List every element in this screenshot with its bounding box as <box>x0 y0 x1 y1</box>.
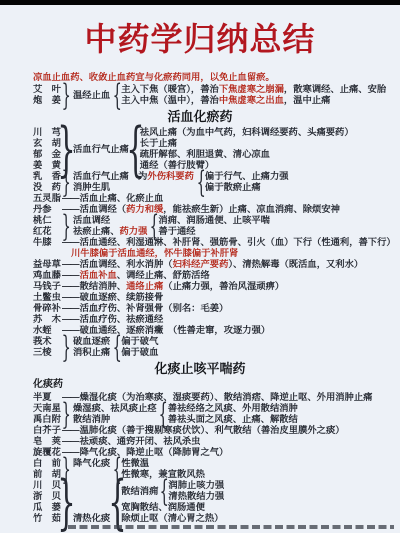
close-brace-glyph: } <box>61 211 70 241</box>
subgroup-label: 散结消痈 <box>121 480 158 502</box>
herb-name: 皂 荚 <box>33 436 62 447</box>
group-details-column: 祛风止痛（为血中气药，妇科调经要药、头痛要药）长于止痛疏肝解郁、利胆退黄、清心凉… <box>140 127 354 171</box>
group-detail-line: 偏于散瘀止痛 <box>205 182 289 193</box>
group-detail-line: 性微温 <box>121 458 205 469</box>
herb-row: 马钱子——散结消肿、通络止痛（止痛力强，善治风湿顽痹） <box>33 281 395 292</box>
open-brace-glyph: { <box>113 332 122 362</box>
function-label-line: 活血调经 <box>73 215 147 226</box>
group-detail-line: 偏于行气、止痛力强 <box>205 171 289 182</box>
open-brace: { <box>160 403 168 425</box>
close-brace-glyph: } <box>61 399 70 429</box>
herb-name: 红花 <box>33 226 62 237</box>
close-brace: } <box>62 403 70 425</box>
function-label-line: 温经止血 <box>73 90 110 101</box>
plain-text: 散结消痈 <box>121 486 158 497</box>
herb-group-row: 艾 叶炮 姜}温经止血{主入下焦（暖宫），善治下焦虚寒之崩漏，散寒调经、止痛、安… <box>33 84 395 106</box>
herb-group-row: 川 芎玄 胡郁 金姜 黄}活血行气止痛{祛风止痛（为血中气药，妇科调经要药、头痛… <box>33 127 395 171</box>
herb-name: 莪术 <box>33 336 62 347</box>
group-detail-line: 祛风止痛（为血中气药，妇科调经要药、头痛要药） <box>140 127 354 138</box>
notes-content: 凉血止血药、收敛止血药宜与化瘀药同用，以免止血留瘀。艾 叶炮 姜}温经止血{主入… <box>0 71 400 529</box>
plain-text: 活血行气止痛 <box>73 144 129 154</box>
plain-text: 偏于行气、止痛力强 <box>205 171 289 181</box>
herb-group-row: 桃仁红花}活血调经祛瘀止痛、药力强{消痈、润肠通便、止咳平喘善于通经 <box>33 215 395 237</box>
plain-text: 祛顽痰、通窍开闭、祛风杀虫 <box>80 436 201 446</box>
herb-group-row: 乳 香没 药}活血行气止痛 为外伤科要药消肿生肌{偏于行气、止痛力强偏于散瘀止痛 <box>33 171 395 193</box>
herb-name: 艾 叶 <box>33 84 62 95</box>
group-detail-line: 善于通经 <box>158 226 270 237</box>
section-header: 化痰止咳平喘药 <box>0 361 400 376</box>
close-brace-glyph: } <box>57 472 75 531</box>
highlighted-text: 活血补血 <box>80 270 117 280</box>
group-detail-line: 主入中焦（温中），善治中焦虚寒之出血，温中止痛 <box>121 95 386 106</box>
herb-description: 降气化痰、降逆止呕（降肺胃之气） <box>80 447 229 458</box>
herb-name: 天南星 <box>33 403 62 414</box>
group-function-label: 活血行气止痛 <box>73 127 129 171</box>
plain-text: 活血疗伤、补肾强骨（别名：毛姜） <box>80 303 229 313</box>
plain-text: 活血调经（ <box>80 204 127 214</box>
open-brace-glyph: { <box>113 80 122 110</box>
herb-description: 活血补血、调经止痛、舒筋活络 <box>80 270 210 281</box>
group-function-label: 破血逐瘀消积止痛 <box>73 336 110 358</box>
group-detail-line: 消痈、润肠通便、止咳平喘 <box>158 215 270 226</box>
plain-text: 祛瘀止痛、 <box>73 226 120 236</box>
plain-text: 活血调经、利水消肿（ <box>80 259 173 269</box>
function-label-line: 降气化痰 <box>73 458 110 469</box>
group-detail-line: 宽胸散结、润肠通便 <box>121 502 224 513</box>
herb-description: 活血疗伤、补肾强骨（别名：毛姜） <box>80 303 229 314</box>
plain-text: 降气化痰、降逆止呕（降肺胃之气） <box>80 447 229 457</box>
open-brace-glyph: { <box>127 119 145 178</box>
close-brace: } <box>62 336 70 358</box>
highlighted-text: 药力强 <box>120 226 148 236</box>
plain-text: 清热化痰 <box>73 513 110 523</box>
herb-row: 骨碎补——活血疗伤、补肾强骨（别名：毛姜） <box>33 303 395 314</box>
subsection-header: 化痰药 <box>33 379 395 391</box>
plain-text: 温经止血 <box>73 90 110 100</box>
close-brace: } <box>62 215 70 237</box>
plain-text: 活血通经、利湿通淋、补肝肾、强筋骨、引火（血）下行（性通利，善下行） <box>80 237 396 247</box>
plain-text: 消痈、润肠通便、止咳平喘 <box>158 215 270 225</box>
group-detail-line: 偏于破血 <box>121 347 158 358</box>
open-brace: { <box>113 84 121 106</box>
plain-text: （止痛力强，善治风湿顽痹） <box>163 281 284 291</box>
plain-text: 善祛头面之风痰、止痛、解散结 <box>168 414 298 424</box>
plain-text: 破血通经、逐瘀消癥 （性善走窜，攻逐力强） <box>80 325 271 335</box>
herb-name: 苏 木 <box>33 314 62 325</box>
highlighted-text: 中焦虚寒之出血 <box>219 95 284 105</box>
herb-row: 白芥子——温肺化痰（善于搜剔寒痰伏饮）、利气散结（善治皮里膜外之痰） <box>33 425 395 436</box>
herb-name: 马钱子 <box>33 281 62 292</box>
highlighted-text: 通络止痛 <box>126 281 163 291</box>
highlighted-text: 妇科经产要药 <box>173 259 229 269</box>
close-brace-glyph: } <box>61 167 70 197</box>
close-brace-glyph: } <box>61 80 70 110</box>
herb-row: 土鳖虫——破血逐瘀、续筋接骨 <box>33 292 395 303</box>
group-detail-line: 善祛经络之风痰、外用散结消肿 <box>168 403 298 414</box>
plain-text: 偏于破气 <box>121 336 158 346</box>
function-label-line: 破血逐瘀 <box>73 336 110 347</box>
subgroup-details-column: 润肺止咳力强清热散结力强 <box>168 480 224 502</box>
open-brace: { <box>113 336 121 358</box>
herb-name: 骨碎补 <box>33 303 62 314</box>
dash-connector: —— <box>62 292 79 303</box>
group-function-label: 降气化痰 <box>73 458 110 480</box>
top-bar <box>0 0 400 5</box>
plain-text: ，能祛瘀生新）止痛、凉血消痈、除烦安神 <box>163 204 340 214</box>
plain-text: 消积止痛 <box>73 347 110 357</box>
group-details-column: 善祛经络之风痰、外用散结消肿善祛头面之风痰、止痛、解散结 <box>168 403 298 425</box>
group-function-label: 活血调经祛瘀止痛、药力强 <box>73 215 147 237</box>
herb-name: 桃仁 <box>33 215 62 226</box>
herb-name: 丹参 <box>33 204 62 215</box>
highlighted-text: 川牛膝偏于活血通经，怀牛膝偏于补肝肾 <box>71 248 238 259</box>
herb-description: 活血调经、利水消肿（妇科经产要药）、清热解毒（既活血，又利水） <box>80 259 364 270</box>
herb-name: 白芥子 <box>33 425 62 436</box>
herb-row: 水蛭——破血通经、逐瘀消癥 （性善走窜，攻逐力强） <box>33 325 395 336</box>
herb-row: 旋覆花——降气化痰、降逆止呕（降肺胃之气） <box>33 447 395 458</box>
herb-description: 祛顽痰、通窍开闭、祛风杀虫 <box>80 436 201 447</box>
page-title: 中药学归纳总结 <box>0 20 400 58</box>
dash-connector: —— <box>62 281 79 292</box>
close-brace: } <box>62 171 70 193</box>
herb-description: 破血逐瘀、续筋接骨 <box>80 292 164 303</box>
herb-description: 破血通经、逐瘀消癥 （性善走窜，攻逐力强） <box>80 325 271 336</box>
plain-text: 温肺化痰（善于搜剔寒痰伏饮）、利气散结（善治皮里膜外之痰） <box>80 425 345 435</box>
open-brace: { <box>160 480 168 502</box>
function-label-line: 消积止痛 <box>73 347 110 358</box>
herb-description: 散结消肿、通络止痛（止痛力强，善治风湿顽痹） <box>80 281 285 292</box>
herb-group-row: 川 贝浙 贝瓜 蒌竹 茹}清热化痰{散结消痈{润肺止咳力强清热散结力强宽胸散结、… <box>33 480 395 524</box>
plain-text: ，温中止痛 <box>284 95 331 105</box>
herb-names-column: 艾 叶炮 姜 <box>33 84 62 106</box>
herb-name: 禹白附 <box>33 414 62 425</box>
detail-subgroup: 散结消痈{润肺止咳力强清热散结力强 <box>121 480 224 502</box>
herb-names-column: 莪术三棱 <box>33 336 62 358</box>
herb-row: 五灵脂——活血止痛、化瘀止血 <box>33 193 395 204</box>
close-brace: } <box>62 480 70 524</box>
group-function-label: 清热化痰 <box>73 480 110 524</box>
open-brace: { <box>113 480 121 524</box>
plain-text: 疏肝解郁、利胆退黄、清心凉血 <box>140 149 270 159</box>
function-label-line: 清热化痰 <box>73 513 110 524</box>
highlighted-text: 下焦虚寒之崩漏 <box>219 84 284 94</box>
herb-name: 三棱 <box>33 347 62 358</box>
clipped-bottom-row <box>68 525 394 529</box>
group-details-column: 偏于破气偏于破血 <box>121 336 158 358</box>
plain-text: 活血止痛、化瘀止血 <box>80 193 164 203</box>
group-details-column: 偏于行气、止痛力强偏于散瘀止痛 <box>205 171 289 193</box>
open-brace-glyph: { <box>160 476 169 506</box>
plain-text: 主入中焦（温中），善治 <box>121 95 219 105</box>
herb-description: 活血调经（药力和缓，能祛瘀生新）止痛、凉血消痈、除烦安神 <box>80 204 340 215</box>
group-details-column: 消痈、润肠通便、止咳平喘善于通经 <box>158 215 270 237</box>
group-detail-line: 清热散结力强 <box>168 491 224 502</box>
function-label-line: 活血行气止痛 <box>73 144 129 155</box>
plain-text: ，散寒调经、止痛、安胎 <box>284 84 386 94</box>
dash-connector: —— <box>62 303 79 314</box>
plain-text: ）、清热解毒（既活血，又利水） <box>228 259 363 269</box>
herb-name: 益母草 <box>33 259 62 270</box>
group-function-label: 燥湿痰、祛风痰止痉散结消肿 <box>73 403 157 425</box>
plain-text: 润肺止咳力强 <box>168 480 224 490</box>
group-detail-line: 通经（善行肢臂） <box>140 160 354 171</box>
herb-group-row: 莪术三棱}破血逐瘀消积止痛{偏于破气偏于破血 <box>33 336 395 358</box>
close-brace: } <box>62 84 70 106</box>
herb-names-column: 桃仁红花 <box>33 215 62 237</box>
group-details-column: 散结消痈{润肺止咳力强清热散结力强宽胸散结、润肠通便除烦止呕（清心胃之热） <box>121 480 224 524</box>
plain-text: 消肿生肌 <box>73 182 110 192</box>
highlighted-text: 外伤科要药 <box>147 171 194 181</box>
open-brace-glyph: { <box>150 211 159 241</box>
open-brace: { <box>197 171 205 193</box>
herb-name: 五灵脂 <box>33 193 62 204</box>
herb-description: 活血通经、利湿通淋、补肝肾、强筋骨、引火（血）下行（性通利，善下行） <box>80 237 396 248</box>
plain-text: 长于止痛 <box>140 138 177 148</box>
open-brace: { <box>150 215 158 237</box>
plain-text: 除烦止呕（清心胃之热） <box>121 513 223 523</box>
open-brace: { <box>132 127 140 171</box>
plain-text: 善于通经 <box>158 226 195 236</box>
herb-names-column: 天南星禹白附 <box>33 403 62 425</box>
plain-text: 燥湿化痰（为治寒痰、湿痰要药）、散结消痞、降逆止呕、外用消肿止痛 <box>80 392 373 402</box>
herb-row: 半夏——燥湿化痰（为治寒痰、湿痰要药）、散结消痞、降逆止呕、外用消肿止痛 <box>33 392 395 403</box>
herb-description: 活血止痛、化瘀止血 <box>80 193 164 204</box>
herb-name: 水蛭 <box>33 325 62 336</box>
herb-row: 鸡血藤——活血补血、调经止痛、舒筋活络 <box>33 270 395 281</box>
dash-connector: —— <box>62 436 79 447</box>
group-detail-line: 善祛头面之风痰、止痛、解散结 <box>168 414 298 425</box>
plain-text: 清热散结力强 <box>168 491 224 501</box>
herb-row: 益母草——活血调经、利水消肿（妇科经产要药）、清热解毒（既活血，又利水） <box>33 259 395 270</box>
herb-name: 鸡血藤 <box>33 270 62 281</box>
plain-text: 主入下焦（暖宫），善治 <box>121 84 219 94</box>
group-detail-line: 主入下焦（暖宫），善治下焦虚寒之崩漏，散寒调经、止痛、安胎 <box>121 84 386 95</box>
plain-text: 燥湿痰、祛风痰止痉 <box>73 403 157 413</box>
herb-name: 半夏 <box>33 392 62 403</box>
plain-text: 降气化痰 <box>73 458 110 468</box>
herb-row: 牛膝——活血通经、利湿通淋、补肝肾、强筋骨、引火（血）下行（性通利，善下行） <box>33 237 395 248</box>
group-detail-line: 疏肝解郁、利胆退黄、清心凉血 <box>140 149 354 160</box>
dash-connector: —— <box>62 259 79 270</box>
group-detail-line: 除烦止呕（清心胃之热） <box>121 513 224 524</box>
intro-note: 凉血止血药、收敛止血药宜与化瘀药同用，以免止血留瘀。 <box>33 71 395 83</box>
plain-text: 活血疗伤、祛瘀通经 <box>80 314 164 324</box>
open-brace-glyph: { <box>108 472 126 531</box>
herb-description: 活血疗伤、祛瘀通经 <box>80 314 164 325</box>
group-detail-line: 润肺止咳力强 <box>168 480 224 491</box>
comparison-note: 川牛膝偏于活血通经，怀牛膝偏于补肝肾 <box>71 248 395 259</box>
function-label-line: 祛瘀止痛、药力强 <box>73 226 147 237</box>
group-details-column: 主入下焦（暖宫），善治下焦虚寒之崩漏，散寒调经、止痛、安胎主入中焦（温中），善治… <box>121 84 386 106</box>
herb-name: 炮 姜 <box>33 95 62 106</box>
plain-text: 散结消肿、 <box>80 281 127 291</box>
close-brace-glyph: } <box>61 332 70 362</box>
herb-group-row: 天南星禹白附}燥湿痰、祛风痰止痉散结消肿{善祛经络之风痰、外用散结消肿善祛头面之… <box>33 403 395 425</box>
function-label-line: 散结消肿 <box>73 414 157 425</box>
group-detail-line: 偏于破气 <box>121 336 158 347</box>
group-function-label: 温经止血 <box>73 84 110 106</box>
plain-text: 善祛经络之风痰、外用散结消肿 <box>168 403 298 413</box>
plain-text: 偏于破血 <box>121 347 158 357</box>
plain-text: 破血逐瘀 <box>73 336 110 346</box>
herb-name: 旋覆花 <box>33 447 62 458</box>
herb-description: 燥湿化痰（为治寒痰、湿痰要药）、散结消痞、降逆止呕、外用消肿止痛 <box>80 392 373 403</box>
herb-group-row: 白 前前 胡}降气化痰{性微温性微寒，兼宣散风热 <box>33 458 395 480</box>
herb-row: 丹参——活血调经（药力和缓，能祛瘀生新）止痛、凉血消痈、除烦安神 <box>33 204 395 215</box>
plain-text: 祛风止痛（为血中气药，妇科调经要药、头痛要药） <box>140 127 354 137</box>
plain-text: 散结消肿 <box>73 414 110 424</box>
open-brace-glyph: { <box>196 167 205 197</box>
open-brace-glyph: { <box>159 399 168 429</box>
function-label-line: 燥湿痰、祛风痰止痉 <box>73 403 157 414</box>
herb-description: 温肺化痰（善于搜剔寒痰伏饮）、利气散结（善治皮里膜外之痰） <box>80 425 345 436</box>
plain-text: 破血逐瘀、续筋接骨 <box>80 292 164 302</box>
herb-name: 牛膝 <box>33 237 62 248</box>
plain-text: 活血调经 <box>73 215 110 225</box>
herb-row: 皂 荚——祛顽痰、通窍开闭、祛风杀虫 <box>33 436 395 447</box>
dash-connector: —— <box>62 314 79 325</box>
herb-name: 土鳖虫 <box>33 292 62 303</box>
group-detail-line: 长于止痛 <box>140 138 354 149</box>
plain-text: 、调经止痛、舒筋活络 <box>117 270 210 280</box>
plain-text: 偏于散瘀止痛 <box>205 182 261 192</box>
dash-connector: —— <box>62 270 79 281</box>
herb-row: 苏 木——活血疗伤、祛瘀通经 <box>33 314 395 325</box>
